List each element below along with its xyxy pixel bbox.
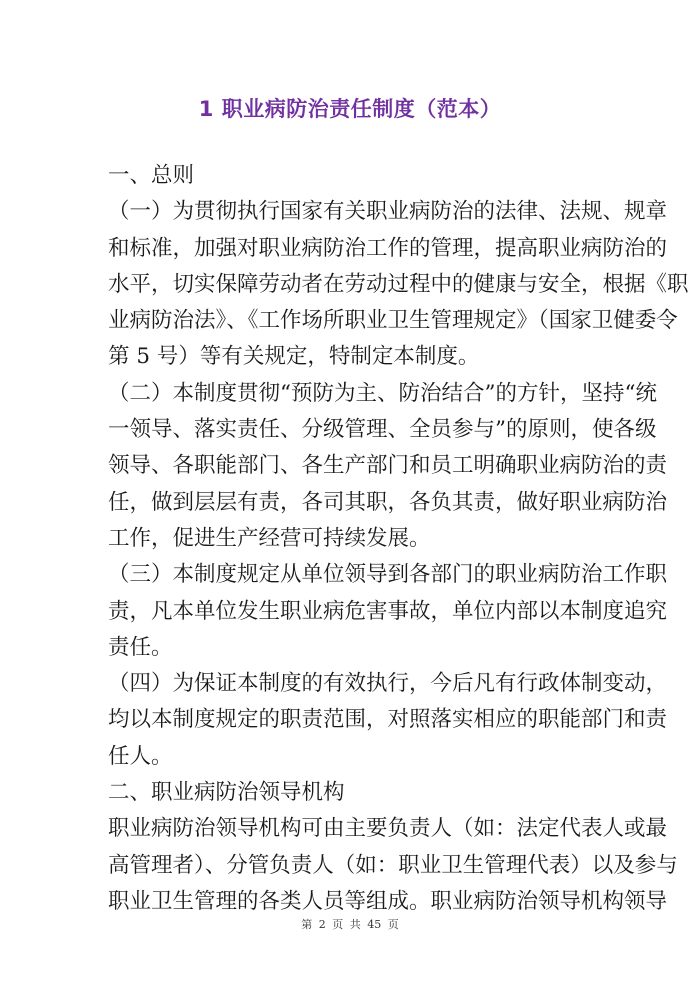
paragraph-line: 和标准，加强对职业病防治工作的管理，提高职业病防治的 [108, 231, 594, 267]
paragraph-line: 均以本制度规定的职责范围，对照落实相应的职能部门和责 [108, 702, 594, 738]
paragraph-line: 职业病防治领导机构可由主要负责人（如：法定代表人或最 [108, 811, 594, 847]
paragraph-line: （四）为保证本制度的有效执行，今后凡有行政体制变动， [108, 666, 594, 702]
paragraph-line: 第 5 号）等有关规定，特制定本制度。 [108, 339, 594, 375]
paragraph-line: 水平，切实保障劳动者在劳动过程中的健康与安全，根据《职 [108, 267, 594, 303]
paragraph-line: （二）本制度贯彻“预防为主、防治结合”的方针，坚持“统 [108, 376, 594, 412]
paragraph-line: 一领导、落实责任、分级管理、全员参与”的原则，使各级 [108, 412, 594, 448]
document-page: 1 职业病防治责任制度（范本） 一、总则 （一）为贯彻执行国家有关职业病防治的法… [0, 0, 700, 990]
paragraph-line: 业病防治法》、《工作场所职业卫生管理规定》（国家卫健委令 [108, 303, 594, 339]
paragraph-line: 高管理者）、分管负责人（如：职业卫生管理代表）以及参与 [108, 848, 594, 884]
paragraph-line: 责，凡本单位发生职业病危害事故，单位内部以本制度追究 [108, 594, 594, 630]
section-heading-leadership: 二、职业病防治领导机构 [108, 775, 594, 811]
paragraph-line: 任人。 [108, 739, 594, 775]
paragraph-line: 责任。 [108, 630, 594, 666]
document-body: 一、总则 （一）为贯彻执行国家有关职业病防治的法律、法规、规章 和标准，加强对职… [108, 158, 594, 920]
paragraph-line: 职业卫生管理的各类人员等组成。职业病防治领导机构领导 [108, 884, 594, 920]
page-number-footer: 第 2 页 共 45 页 [0, 916, 700, 932]
paragraph-line: 任，做到层层有责，各司其职，各负其责，做好职业病防治 [108, 485, 594, 521]
paragraph-line: 领导、各职能部门、各生产部门和员工明确职业病防治的责 [108, 448, 594, 484]
section-heading-general: 一、总则 [108, 158, 594, 194]
paragraph-line: （一）为贯彻执行国家有关职业病防治的法律、法规、规章 [108, 194, 594, 230]
paragraph-line: （三）本制度规定从单位领导到各部门的职业病防治工作职 [108, 557, 594, 593]
paragraph-line: 工作，促进生产经营可持续发展。 [108, 521, 594, 557]
document-title: 1 职业病防治责任制度（范本） [0, 93, 700, 123]
